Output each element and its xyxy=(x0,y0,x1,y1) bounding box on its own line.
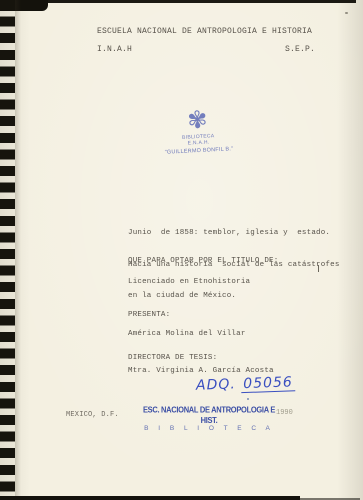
accession-prefix: ADQ. xyxy=(196,376,236,393)
scan-top-edge xyxy=(0,0,356,3)
library-stamp-line1: ESC. NACIONAL DE ANTROPOLOGIA E HIST. xyxy=(136,405,282,426)
thesis-title-line1: Junio de 1858: temblor, iglesia y estado… xyxy=(128,228,340,239)
thesis-title-line3: en la ciudad de México. xyxy=(128,291,340,302)
handwritten-accession-number: ADQ. 05056 xyxy=(196,374,295,393)
sep-acronym: S.E.P. xyxy=(285,45,315,54)
scanned-thesis-cover-page: ESCUELA NACIONAL DE ANTROPOLOGIA E HISTO… xyxy=(0,0,363,500)
library-bookplate-stamp: ✾ BIBLIOTECA E.N.A.H. "GUILLERMO BONFIL … xyxy=(147,105,249,157)
director-label: DIRECTORA DE TESIS: xyxy=(128,353,217,364)
institution-name: ESCUELA NACIONAL DE ANTROPOLOGIA E HISTO… xyxy=(97,27,312,36)
inah-acronym: I.N.A.H xyxy=(97,45,132,54)
degree-name: Licenciado en Etnohistoria xyxy=(128,277,250,288)
binding-shadow xyxy=(15,0,21,500)
city-line: MEXICO, D.F. xyxy=(66,411,119,419)
accession-number: 05056 xyxy=(241,374,295,393)
library-stamp-line2: B I B L I O T E C A xyxy=(136,424,282,434)
scan-bottom-edge xyxy=(0,496,300,500)
scan-speck xyxy=(345,12,348,14)
author-name: América Molina del Villar xyxy=(128,329,246,340)
presenta-label: PRESENTA: xyxy=(128,310,170,321)
library-ink-stamp: ESC. NACIONAL DE ANTROPOLOGIA E HIST. B … xyxy=(136,406,282,434)
year-label: 1990 xyxy=(276,409,293,417)
spiral-binding-comb xyxy=(0,0,15,500)
degree-intro: QUE PARA OPTAR POR EL TITULO DE: xyxy=(128,256,278,267)
scan-speck xyxy=(247,398,249,400)
